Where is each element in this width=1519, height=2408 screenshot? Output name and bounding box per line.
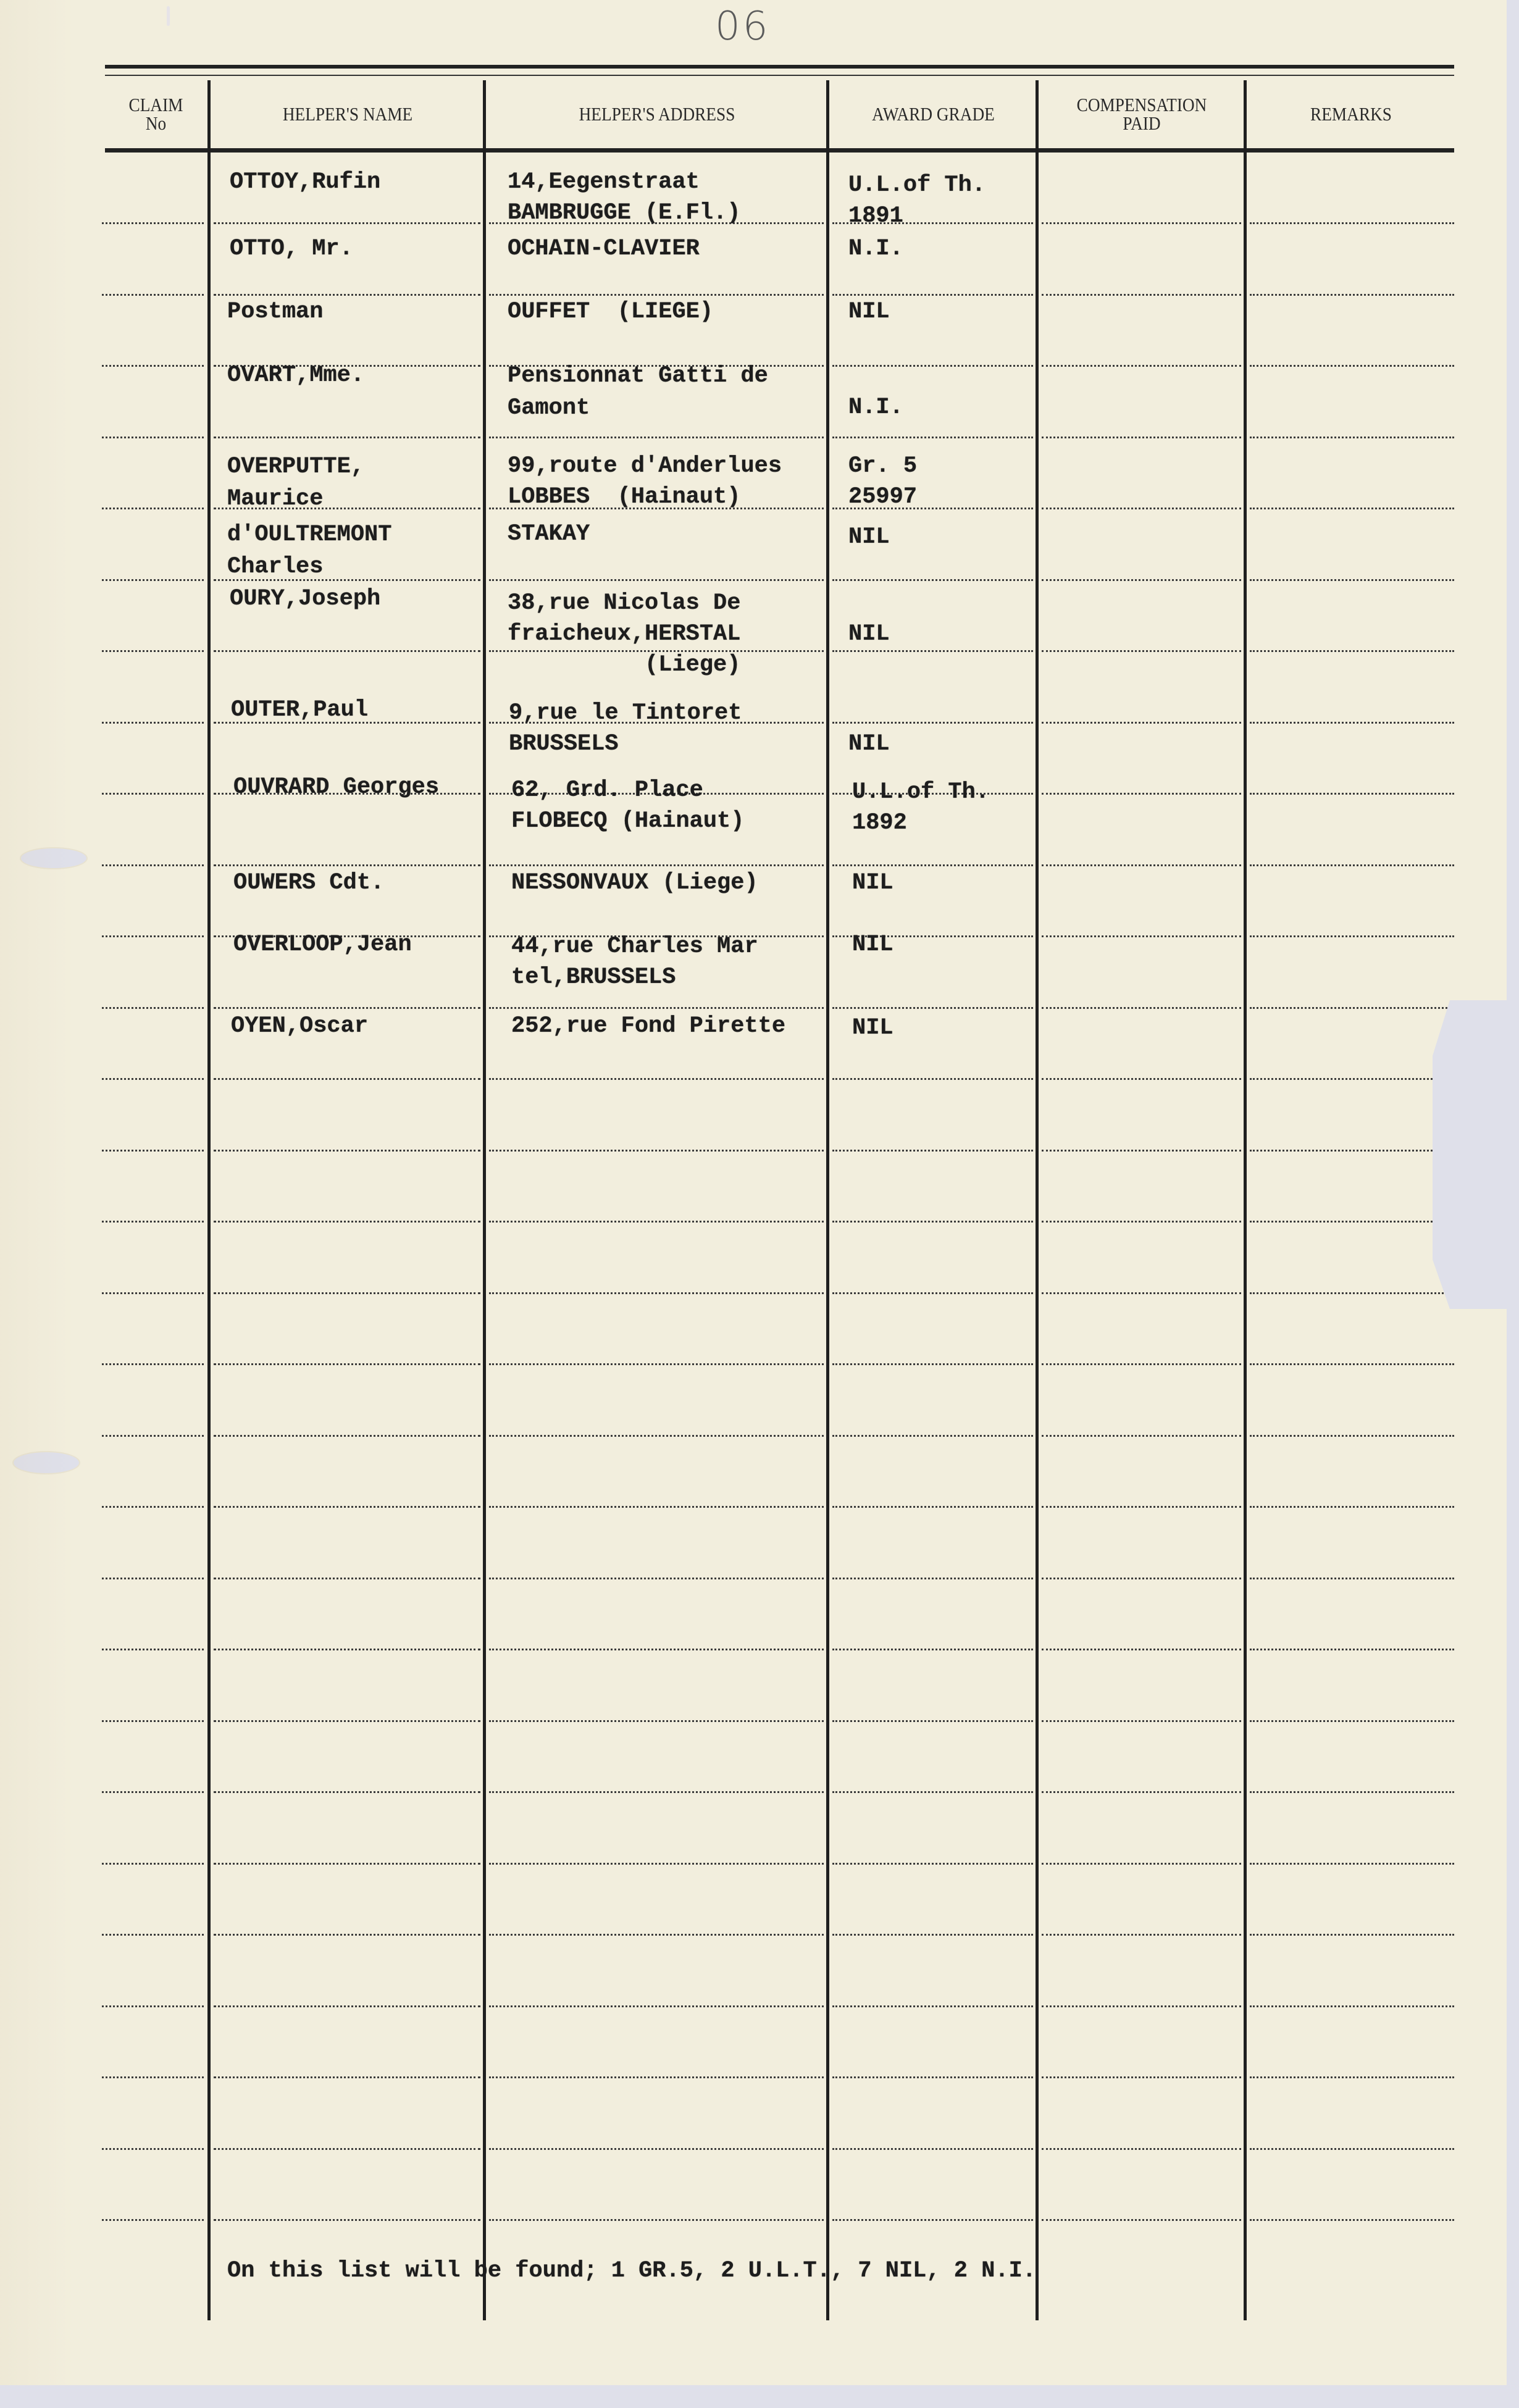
row-rule: [1250, 1435, 1454, 1437]
row-2-grade: N.I.: [848, 233, 903, 264]
row-rule: [832, 2005, 1033, 2007]
row-rule: [1042, 1078, 1241, 1080]
row-3-address: OUFFET (LIEGE): [508, 296, 713, 327]
row-rule: [1042, 1007, 1241, 1009]
row-8-grade: NIL: [848, 729, 890, 759]
row-rule: [214, 1934, 480, 1936]
row-rule: [1042, 1791, 1241, 1793]
page-number-mark: 06: [715, 4, 770, 49]
row-rule: [832, 1363, 1033, 1365]
column-divider: [826, 80, 829, 2320]
row-rule: [489, 864, 824, 866]
row-rule: [1042, 1363, 1241, 1365]
row-5-name: OVERPUTTE,Maurice: [227, 451, 364, 515]
row-rule: [1250, 1363, 1454, 1365]
row-rule: [102, 1863, 204, 1865]
row-10-grade: NIL: [852, 867, 893, 898]
row-rule: [102, 1078, 204, 1080]
row-2-name: OTTO, Mr.: [230, 233, 353, 264]
row-rule: [1042, 1292, 1241, 1294]
row-4-grade: N.I.: [848, 392, 903, 423]
row-rule: [1042, 2148, 1241, 2150]
row-rule: [102, 2219, 204, 2221]
row-6-name: d'OULTREMONTCharles: [227, 519, 391, 583]
row-rule: [1042, 365, 1241, 367]
row-rule: [832, 1007, 1033, 1009]
row-rule: [1250, 1649, 1454, 1650]
row-rule: [1042, 437, 1241, 438]
row-rule: [102, 1435, 204, 1437]
row-rule: [102, 650, 204, 652]
row-rule: [102, 1578, 204, 1579]
row-rule: [489, 1791, 824, 1793]
row-rule: [832, 2076, 1033, 2078]
row-rule: [1250, 1578, 1454, 1579]
row-rule: [214, 222, 480, 224]
row-rule: [1042, 2076, 1241, 2078]
row-3-grade: NIL: [848, 296, 890, 327]
punch-hole-bottom: [12, 1451, 80, 1474]
top-rule-thin: [105, 75, 1454, 76]
row-11-address: 44,rue Charles Martel,BRUSSELS: [511, 931, 758, 993]
row-12-name: OYEN,Oscar: [231, 1011, 368, 1042]
row-4-address: Pensionnat Gatti deGamont: [508, 360, 768, 424]
row-rule: [1042, 1863, 1241, 1865]
row-rule: [489, 2005, 824, 2007]
row-10-address: NESSONVAUX (Liege): [511, 867, 758, 898]
row-rule: [489, 1221, 824, 1223]
row-7-name: OURY,Joseph: [230, 583, 380, 614]
row-rule: [1250, 1221, 1454, 1223]
column-divider: [1036, 80, 1039, 2320]
row-rule: [1042, 650, 1241, 652]
row-rule: [102, 1720, 204, 1722]
row-rule: [489, 1506, 824, 1508]
row-rule: [1250, 365, 1454, 367]
row-rule: [832, 2148, 1033, 2150]
row-rule: [1250, 1007, 1454, 1009]
row-rule: [214, 1221, 480, 1223]
row-rule: [102, 508, 204, 509]
row-rule: [1250, 1150, 1454, 1152]
row-rule: [489, 2076, 824, 2078]
header-bottom-rule: [105, 148, 1454, 153]
row-rule: [102, 793, 204, 795]
row-rule: [832, 437, 1033, 438]
row-rule: [832, 365, 1033, 367]
row-rule: [102, 437, 204, 438]
row-rule: [489, 1863, 824, 1865]
row-rule: [832, 2219, 1033, 2221]
row-5-address: 99,route d'AnderluesLOBBES (Hainaut): [508, 451, 782, 512]
header-award-grade: AWARD GRADE: [843, 82, 1024, 146]
row-12-grade: NIL: [852, 1013, 893, 1043]
row-rule: [1250, 1506, 1454, 1508]
row-rule: [214, 2005, 480, 2007]
row-rule: [489, 2148, 824, 2150]
row-rule: [832, 579, 1033, 581]
row-rule: [1250, 864, 1454, 866]
row-rule: [214, 650, 480, 652]
row-rule: [1042, 222, 1241, 224]
row-rule: [102, 1292, 204, 1294]
row-rule: [102, 1221, 204, 1223]
row-rule: [102, 2005, 204, 2007]
row-4-name: OVART,Mme.: [227, 360, 364, 391]
row-9-address: 62, Grd. PlaceFLOBECQ (Hainaut): [511, 775, 744, 837]
summary-line: On this list will be found; 1 GR.5, 2 U.…: [227, 2258, 1036, 2284]
row-rule: [102, 935, 204, 937]
row-rule: [1250, 1720, 1454, 1722]
row-rule: [832, 1649, 1033, 1650]
row-rule: [1042, 1720, 1241, 1722]
row-12-address: 252,rue Fond Pirette: [511, 1011, 785, 1042]
row-11-grade: NIL: [852, 929, 893, 960]
row-rule: [1042, 579, 1241, 581]
row-rule: [102, 222, 204, 224]
row-rule: [832, 1292, 1033, 1294]
row-rule: [489, 1720, 824, 1722]
row-1-address: 14,EegenstraatBAMBRUGGE (E.Fl.): [508, 167, 740, 228]
row-rule: [489, 1435, 824, 1437]
row-rule: [832, 1578, 1033, 1579]
row-7-grade: NIL: [848, 619, 890, 650]
row-rule: [489, 1150, 824, 1152]
row-rule: [1250, 579, 1454, 581]
row-rule: [832, 722, 1033, 724]
row-rule: [102, 579, 204, 581]
row-rule: [214, 1649, 480, 1650]
column-divider: [207, 80, 211, 2320]
row-rule: [832, 1791, 1033, 1793]
row-rule: [1042, 935, 1241, 937]
header-remarks: REMARKS: [1260, 82, 1442, 146]
row-rule: [214, 1720, 480, 1722]
row-rule: [214, 1292, 480, 1294]
header-compensation-paid: COMPENSATION PAID: [1052, 82, 1231, 146]
row-rule: [1250, 1292, 1454, 1294]
row-rule: [1042, 1649, 1241, 1650]
row-rule: [214, 1435, 480, 1437]
row-11-name: OVERLOOP,Jean: [233, 929, 412, 960]
column-divider: [1244, 80, 1247, 2320]
row-rule: [1250, 935, 1454, 937]
row-rule: [489, 294, 824, 296]
row-9-grade: U.L.of Th.1892: [852, 777, 989, 838]
column-divider: [483, 80, 486, 2320]
header-helpers-address: HELPER'S ADDRESS: [508, 82, 806, 146]
row-rule: [1042, 2005, 1241, 2007]
row-rule: [1250, 508, 1454, 509]
row-1-grade: U.L.of Th.1891: [848, 170, 985, 232]
row-rule: [102, 294, 204, 296]
row-rule: [1250, 294, 1454, 296]
row-rule: [1042, 722, 1241, 724]
row-rule: [489, 579, 824, 581]
row-rule: [102, 1791, 204, 1793]
row-rule: [214, 2148, 480, 2150]
row-rule: [1042, 2219, 1241, 2221]
row-rule: [1250, 793, 1454, 795]
row-rule: [1250, 2148, 1454, 2150]
row-rule: [1250, 2076, 1454, 2078]
row-rule: [102, 864, 204, 866]
row-rule: [214, 1578, 480, 1579]
row-rule: [832, 1078, 1033, 1080]
row-7-address: 38,rue Nicolas Defraicheux,HERSTAL (Lieg…: [508, 588, 740, 680]
row-rule: [1250, 1863, 1454, 1865]
row-rule: [832, 294, 1033, 296]
row-rule: [102, 2148, 204, 2150]
row-rule: [102, 365, 204, 367]
row-rule: [832, 650, 1033, 652]
row-rule: [1042, 864, 1241, 866]
row-rule: [832, 1506, 1033, 1508]
row-rule: [832, 1720, 1033, 1722]
row-rule: [489, 1078, 824, 1080]
row-rule: [214, 2076, 480, 2078]
row-6-grade: NIL: [848, 522, 890, 553]
row-2-address: OCHAIN-CLAVIER: [508, 233, 700, 264]
row-rule: [102, 722, 204, 724]
row-rule: [832, 1150, 1033, 1152]
row-rule: [1250, 722, 1454, 724]
pencil-mark: [167, 6, 170, 26]
row-rule: [102, 1649, 204, 1650]
row-rule: [1250, 2005, 1454, 2007]
row-8-address: 9,rue le TintoretBRUSSELS: [509, 698, 742, 759]
row-rule: [214, 1863, 480, 1865]
row-rule: [214, 1150, 480, 1152]
row-1-name: OTTOY,Rufin: [230, 167, 380, 198]
row-rule: [489, 437, 824, 438]
punch-hole-top: [20, 847, 88, 869]
row-rule: [1042, 1435, 1241, 1437]
row-rule: [832, 864, 1033, 866]
header-helpers-name: HELPER'S NAME: [228, 82, 467, 146]
row-rule: [214, 1007, 480, 1009]
row-rule: [489, 1578, 824, 1579]
row-rule: [102, 1506, 204, 1508]
row-rule: [489, 1649, 824, 1650]
row-rule: [1042, 1150, 1241, 1152]
row-rule: [214, 1078, 480, 1080]
row-rule: [489, 1363, 824, 1365]
row-rule: [214, 294, 480, 296]
row-rule: [1042, 508, 1241, 509]
row-rule: [832, 1435, 1033, 1437]
row-rule: [214, 2219, 480, 2221]
row-rule: [214, 1791, 480, 1793]
row-5-grade: Gr. 525997: [848, 451, 917, 512]
row-rule: [1250, 222, 1454, 224]
row-rule: [214, 1506, 480, 1508]
row-rule: [214, 864, 480, 866]
row-rule: [1042, 1934, 1241, 1936]
header-claim-no: CLAIM No: [111, 82, 201, 146]
top-rule: [105, 65, 1454, 69]
row-rule: [489, 1934, 824, 1936]
row-rule: [214, 1363, 480, 1365]
row-rule: [832, 1221, 1033, 1223]
row-rule: [102, 1007, 204, 1009]
row-rule: [1250, 650, 1454, 652]
row-rule: [1250, 1791, 1454, 1793]
document-page: 06 CLAIM No HELPER'S NAME HELPER'S ADDRE…: [0, 0, 1507, 2385]
row-rule: [489, 2219, 824, 2221]
row-rule: [102, 2076, 204, 2078]
row-rule: [102, 1363, 204, 1365]
row-rule: [489, 1007, 824, 1009]
row-3-name: Postman: [227, 296, 323, 327]
row-rule: [1042, 294, 1241, 296]
row-rule: [1250, 1934, 1454, 1936]
row-rule: [832, 1934, 1033, 1936]
row-rule: [102, 1934, 204, 1936]
row-rule: [1042, 1578, 1241, 1579]
row-rule: [1250, 437, 1454, 438]
row-10-name: OUWERS Cdt.: [233, 867, 384, 898]
row-rule: [1250, 1078, 1454, 1080]
paper-notch: [1433, 1000, 1519, 1309]
row-rule: [1250, 2219, 1454, 2221]
row-rule: [1042, 1506, 1241, 1508]
row-rule: [832, 1863, 1033, 1865]
row-rule: [1042, 793, 1241, 795]
row-8-name: OUTER,Paul: [231, 695, 368, 725]
row-9-name: OUVRARD Georges: [233, 772, 439, 803]
row-rule: [102, 1150, 204, 1152]
row-6-address: STAKAY: [508, 519, 590, 550]
row-rule: [1042, 1221, 1241, 1223]
row-rule: [214, 437, 480, 438]
row-rule: [489, 1292, 824, 1294]
